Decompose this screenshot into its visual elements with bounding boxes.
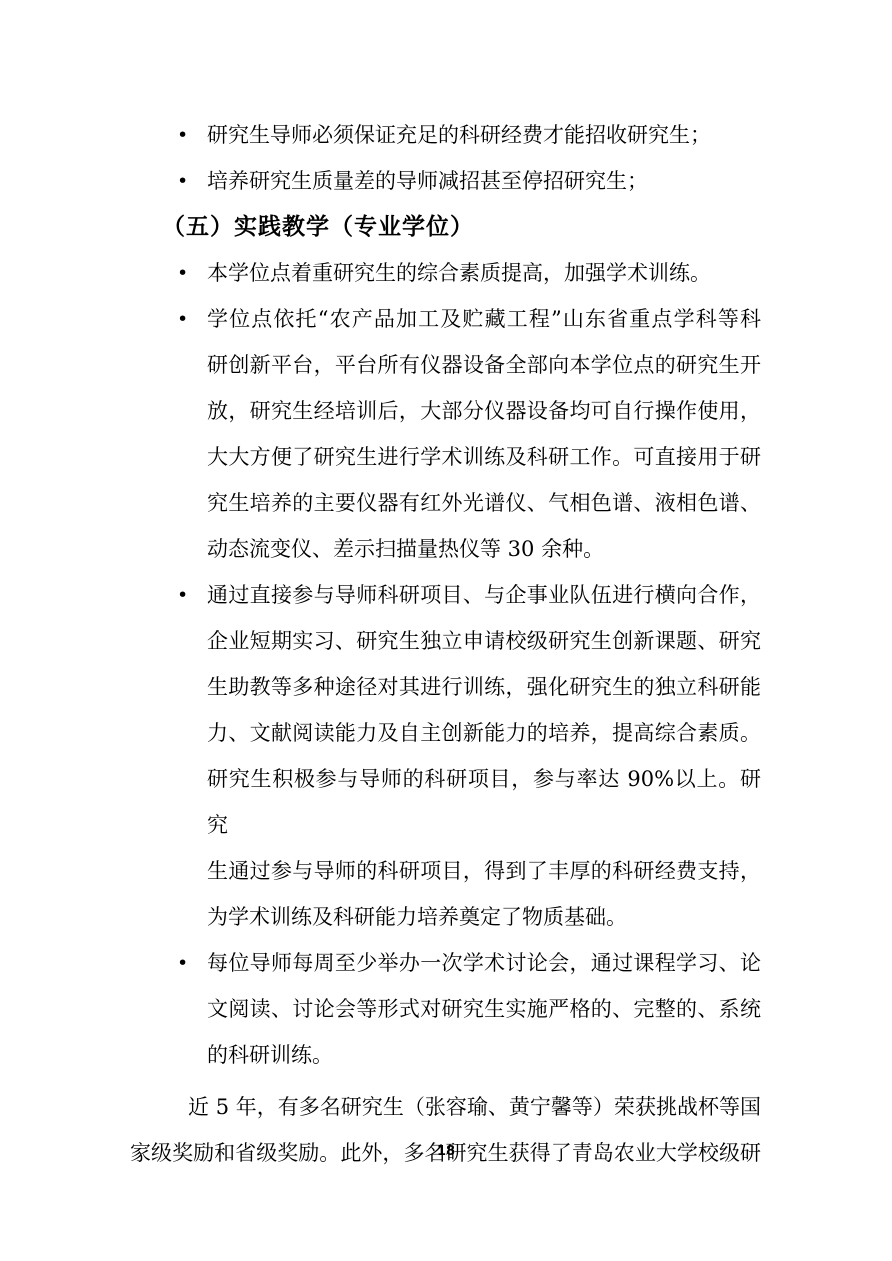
text-line: 文阅读、讨论会等形式对研究生实施严格的、完整的、系统: [207, 986, 761, 1032]
text-line: 力、文献阅读能力及自主创新能力的培养，提高综合素质。: [207, 710, 761, 756]
text-line: 生通过参与导师的科研项目，得到了丰厚的科研经费支持，: [207, 848, 761, 894]
page-number: 18: [0, 1142, 892, 1162]
bullet-list-item: •通过直接参与导师科研项目、与企事业队伍进行横向合作，企业短期实习、研究生独立申…: [130, 572, 761, 940]
bullet-icon: •: [177, 296, 199, 342]
text-line: 研究生积极参与导师的科研项目，参与率达 90%以上。研究: [207, 756, 761, 848]
content-area: •研究生导师必须保证充足的科研经费才能招收研究生；•培养研究生质量差的导师减招甚…: [130, 112, 761, 1176]
text-line: 为学术训练及科研能力培养奠定了物质基础。: [207, 894, 761, 940]
bullet-list-item: •学位点依托“农产品加工及贮藏工程”山东省重点学科等科研创新平台，平台所有仪器设…: [130, 296, 761, 572]
text-line: 究生培养的主要仪器有红外光谱仪、气相色谱、液相色谱、: [207, 480, 761, 526]
text-line: 研创新平台，平台所有仪器设备全部向本学位点的研究生开: [207, 342, 761, 388]
bullet-icon: •: [177, 940, 199, 986]
text-line: 生助教等多种途径对其进行训练，强化研究生的独立科研能: [207, 664, 761, 710]
bullet-list-item: •研究生导师必须保证充足的科研经费才能招收研究生；: [130, 112, 761, 158]
document-page: { "page": { "number": "18", "background_…: [0, 0, 892, 1261]
text-line: 通过直接参与导师科研项目、与企事业队伍进行横向合作，: [207, 572, 761, 618]
text-line: 近 5 年，有多名研究生（张容瑜、黄宁馨等）荣获挑战杯等国: [130, 1084, 761, 1130]
bullet-list-item: •每位导师每周至少举办一次学术讨论会，通过课程学习、论文阅读、讨论会等形式对研究…: [130, 940, 761, 1078]
bullet-list-item: •培养研究生质量差的导师减招甚至停招研究生；: [130, 158, 761, 204]
text-line: 每位导师每周至少举办一次学术讨论会，通过课程学习、论: [207, 940, 761, 986]
bullet-icon: •: [177, 158, 199, 204]
bullet-icon: •: [177, 250, 199, 296]
text-line: 企业短期实习、研究生独立申请校级研究生创新课题、研究: [207, 618, 761, 664]
text-line: 的科研训练。: [207, 1032, 761, 1078]
bullet-list-item: •本学位点着重研究生的综合素质提高，加强学术训练。: [130, 250, 761, 296]
text-line: 研究生导师必须保证充足的科研经费才能招收研究生；: [207, 112, 761, 158]
section-heading: （五）实践教学（专业学位）: [162, 204, 761, 250]
text-line: 本学位点着重研究生的综合素质提高，加强学术训练。: [207, 250, 761, 296]
text-line: 培养研究生质量差的导师减招甚至停招研究生；: [207, 158, 761, 204]
text-line: 大大方便了研究生进行学术训练及科研工作。可直接用于研: [207, 434, 761, 480]
bullet-icon: •: [177, 112, 199, 158]
text-line: 放，研究生经培训后，大部分仪器设备均可自行操作使用，: [207, 388, 761, 434]
bullet-icon: •: [177, 572, 199, 618]
text-line: 学位点依托“农产品加工及贮藏工程”山东省重点学科等科: [207, 296, 761, 342]
text-line: 动态流变仪、差示扫描量热仪等 30 余种。: [207, 526, 761, 572]
body-paragraph: 近 5 年，有多名研究生（张容瑜、黄宁馨等）荣获挑战杯等国家级奖励和省级奖励。此…: [130, 1084, 761, 1176]
